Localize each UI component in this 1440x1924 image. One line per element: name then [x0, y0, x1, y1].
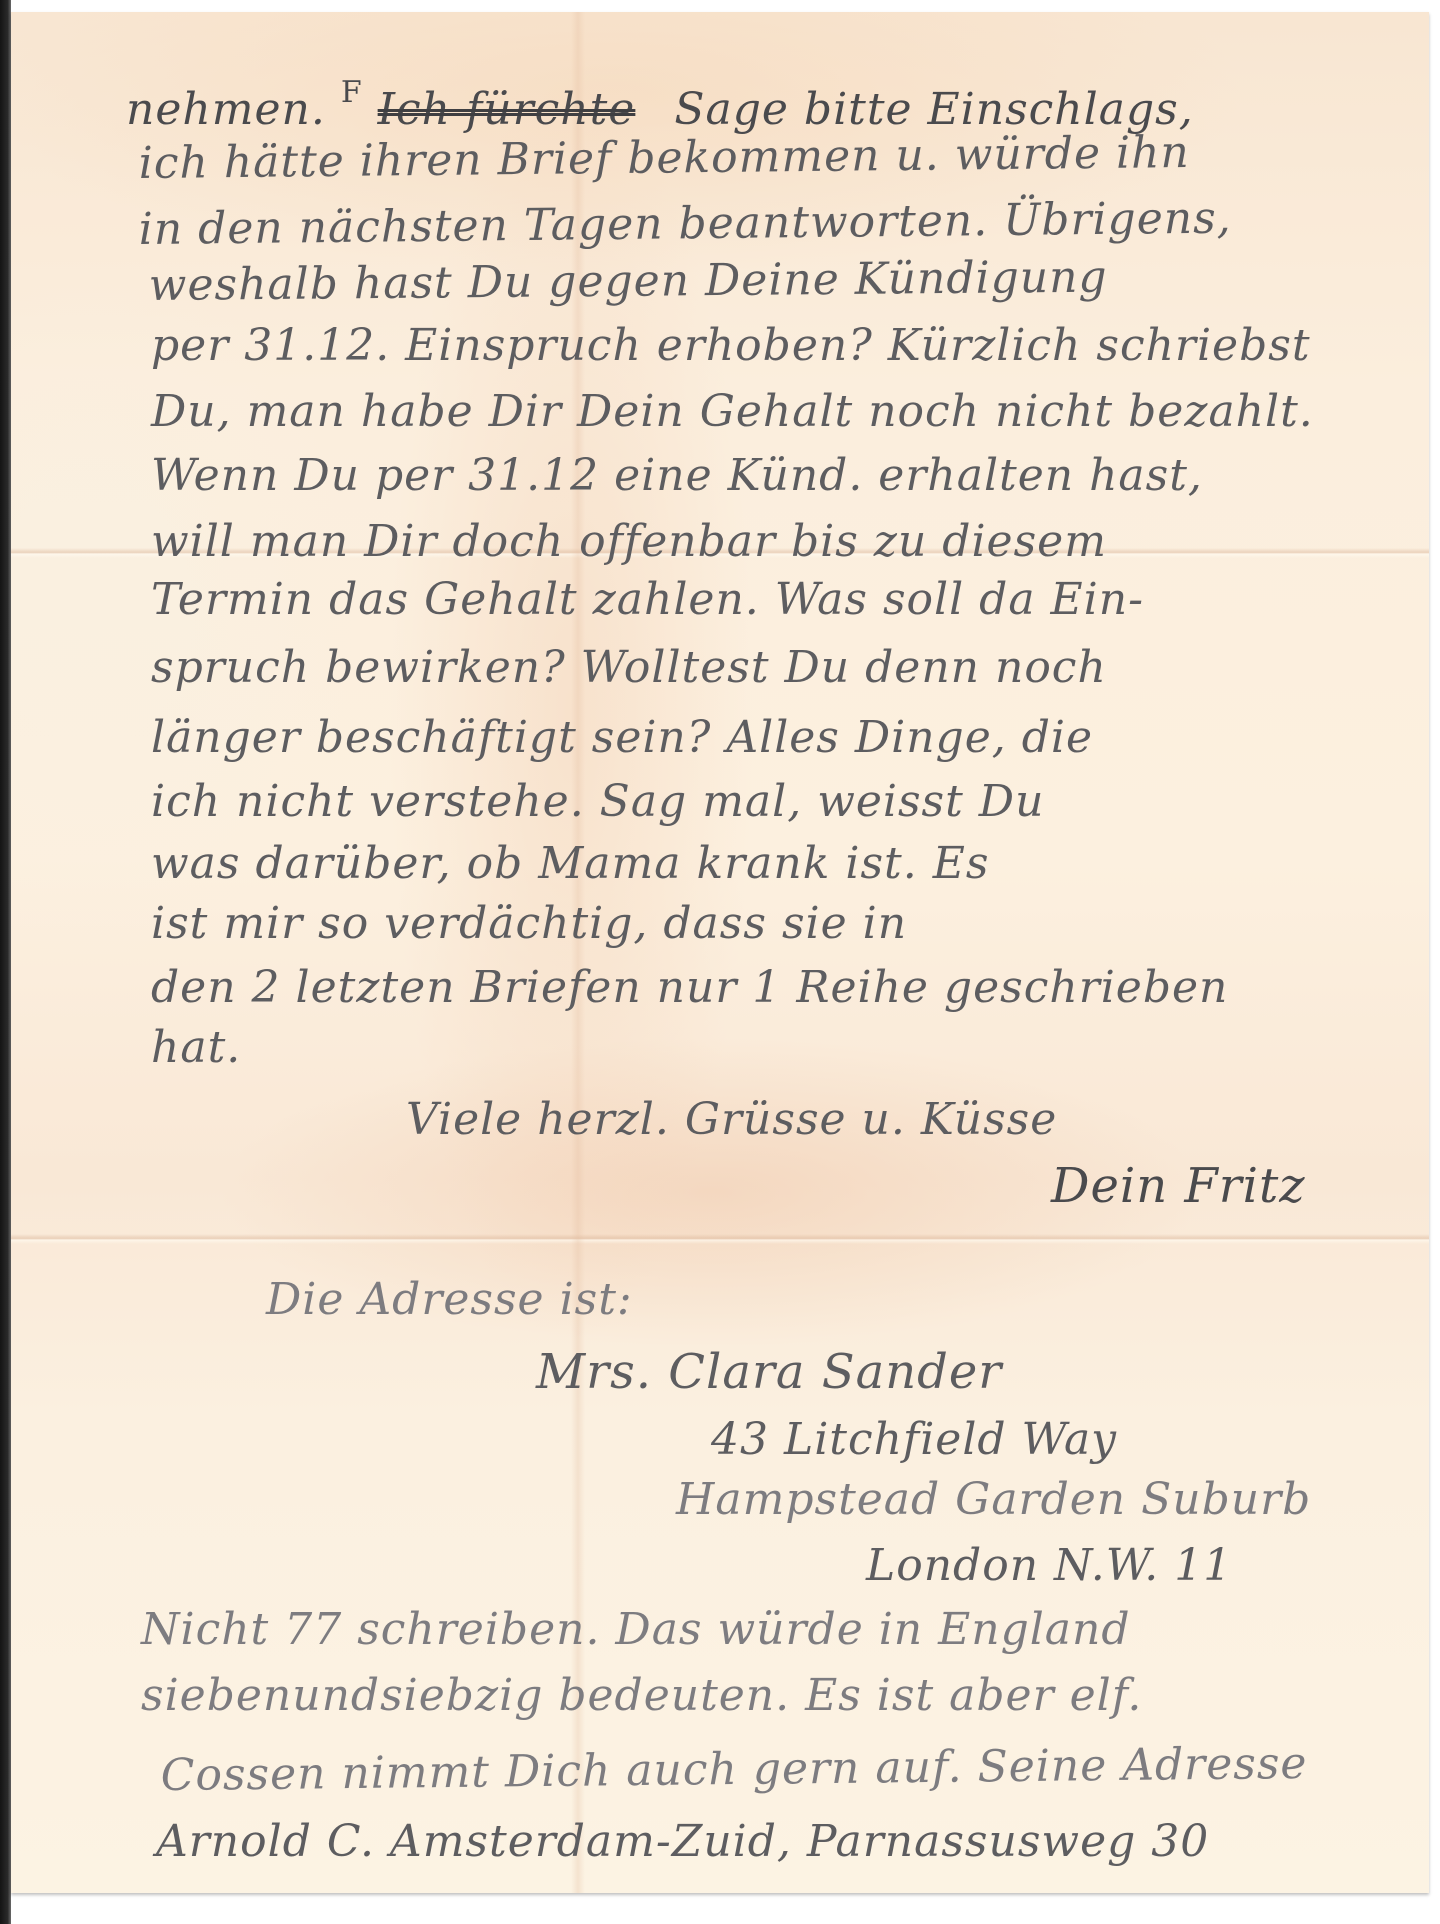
letter-line: in den nächsten Tagen beantworten. Übrig…: [139, 197, 1232, 252]
address-line: London N.W. 11: [866, 1544, 1232, 1588]
letter-line: Du, man habe Dir Dein Gehalt noch nicht …: [151, 390, 1314, 434]
scanner-edge: [0, 0, 11, 1924]
letter-line: ist mir so verdächtig, dass sie in: [151, 902, 907, 946]
address-line: Mrs. Clara Sander: [536, 1348, 1002, 1396]
line-text: nehmen.: [126, 84, 326, 135]
insert-mark: F: [341, 75, 363, 110]
letter-line: ich hätte ihren Brief bekommen u. würde …: [139, 131, 1190, 186]
postscript-line: siebenundsiebzig bedeuten. Es ist aber e…: [141, 1674, 1142, 1718]
letter-line: länger beschäftigt sein? Alles Dinge, di…: [151, 716, 1093, 760]
letter-line: den 2 letzten Briefen nur 1 Reihe geschr…: [151, 966, 1228, 1010]
letter-line: spruch bewirken? Wolltest Du denn noch: [151, 646, 1107, 690]
address-intro: Die Adresse ist:: [266, 1278, 633, 1322]
postscript-line: Arnold C. Amsterdam-Zuid, Parnassusweg 3…: [156, 1820, 1209, 1864]
letter-line: nehmen. F Ich fürchte Sage bitte Einschl…: [126, 78, 1194, 132]
closing-line: Viele herzl. Grüsse u. Küsse: [406, 1098, 1057, 1142]
address-line: 43 Litchfield Way: [711, 1418, 1117, 1462]
struck-text: Ich fürchte: [378, 84, 636, 135]
paper-fold: [11, 1234, 1429, 1244]
postscript-line: Cossen nimmt Dich auch gern auf. Seine A…: [161, 1742, 1308, 1798]
postscript-line: Nicht 77 schreiben. Das würde in England: [141, 1608, 1131, 1652]
letter-line: Termin das Gehalt zahlen. Was soll da Ei…: [151, 578, 1144, 622]
address-line: Hampstead Garden Suburb: [676, 1478, 1311, 1522]
letter-line: Wenn Du per 31.12 eine Künd. erhalten ha…: [151, 454, 1203, 498]
letter-line: will man Dir doch offenbar bis zu diesem: [151, 520, 1107, 564]
letter-line: ich nicht verstehe. Sag mal, weisst Du: [151, 780, 1044, 824]
letter-line: weshalb hast Du gegen Deine Kündigung: [149, 256, 1108, 308]
letter-page: nehmen. F Ich fürchte Sage bitte Einschl…: [11, 12, 1429, 1893]
signature: Dein Fritz: [1051, 1162, 1306, 1210]
letter-line: hat.: [151, 1026, 241, 1070]
letter-line: was darüber, ob Mama krank ist. Es: [151, 842, 989, 886]
letter-line: per 31.12. Einspruch erhoben? Kürzlich s…: [151, 324, 1311, 368]
